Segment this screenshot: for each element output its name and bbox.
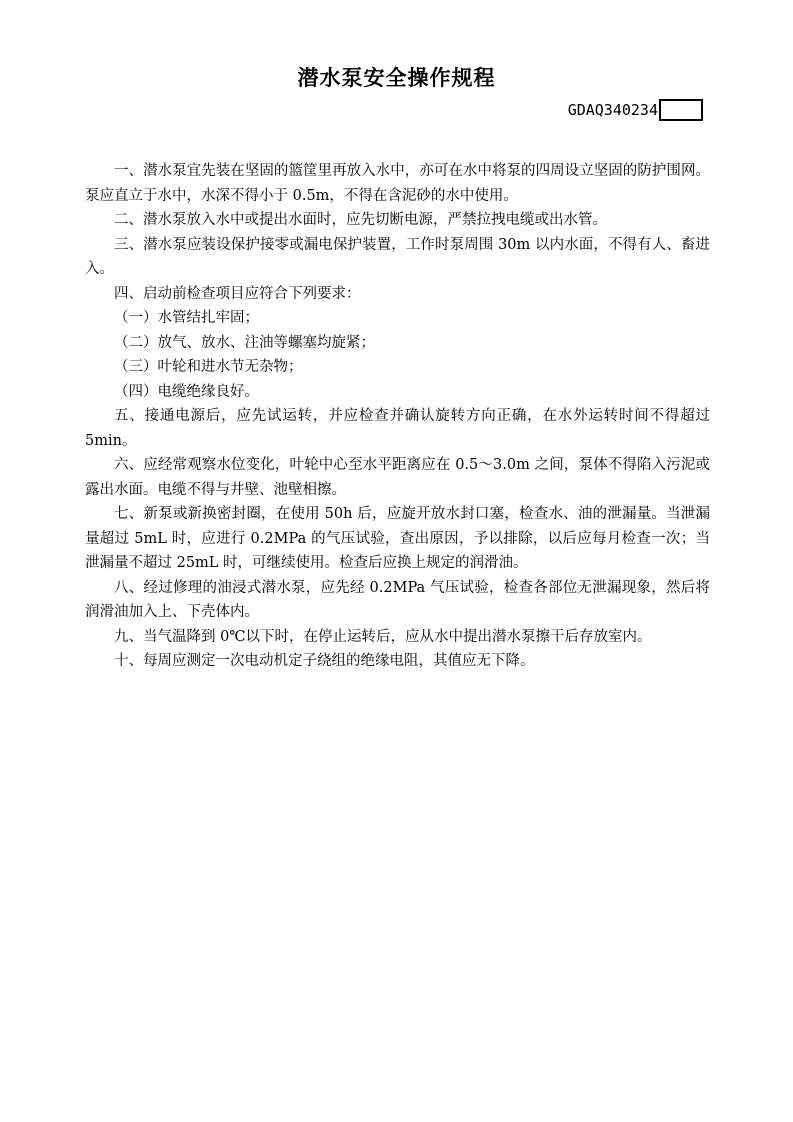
para-item-1: 一、潜水泵宜先装在坚固的篮筐里再放入水中，亦可在水中将泵的四周设立坚固的防护围网… [85, 159, 710, 208]
para-item-10: 十、每周应测定一次电动机定子绕组的绝缘电阻，其值应无下降。 [85, 649, 710, 674]
para-subitem-3: （三）叶轮和进水节无杂物； [85, 355, 710, 380]
para-item-6: 六、应经常观察水位变化，叶轮中心至水平距离应在 0.5～3.0m 之间，泵体不得… [85, 453, 710, 502]
para-item-2: 二、潜水泵放入水中或提出水面时，应先切断电源，严禁拉拽电缆或出水管。 [85, 208, 710, 233]
para-item-4: 四、启动前检查项目应符合下列要求： [85, 282, 710, 307]
doc-code: GDAQ340234 [568, 101, 658, 119]
para-item-7: 七、新泵或新换密封圈，在使用 50h 后，应旋开放水封口塞，检查水、油的泄漏量。… [85, 502, 710, 576]
document-title: 潜水泵安全操作规程 [0, 0, 793, 92]
para-item-5: 五、接通电源后，应先试运转，并应检查并确认旋转方向正确，在水外运转时间不得超过 … [85, 404, 710, 453]
para-subitem-2: （二）放气、放水、注油等螺塞均旋紧； [85, 331, 710, 356]
doc-code-box [659, 99, 703, 121]
doc-code-line: GDAQ340234 [0, 99, 793, 121]
para-item-8: 八、经过修理的油浸式潜水泵，应先经 0.2MPa 气压试验，检查各部位无泄漏现象… [85, 576, 710, 625]
para-item-9: 九、当气温降到 0℃以下时，在停止运转后，应从水中提出潜水泵擦干后存放室内。 [85, 625, 710, 650]
para-subitem-4: （四）电缆绝缘良好。 [85, 380, 710, 405]
para-item-3: 三、潜水泵应装设保护接零或漏电保护装置，工作时泵周围 30m 以内水面，不得有人… [85, 233, 710, 282]
document-body: 一、潜水泵宜先装在坚固的篮筐里再放入水中，亦可在水中将泵的四周设立坚固的防护围网… [85, 159, 710, 674]
para-subitem-1: （一）水管结扎牢固； [85, 306, 710, 331]
document-page: 潜水泵安全操作规程 GDAQ340234 一、潜水泵宜先装在坚固的篮筐里再放入水… [0, 0, 793, 1122]
